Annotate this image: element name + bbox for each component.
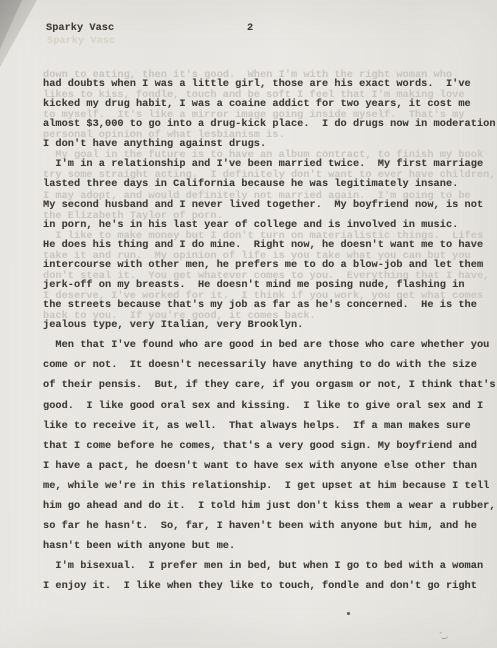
text-line: He does his thing and I do mine. Right n… [43,235,497,255]
text-line: had doubts when I was a little girl, tho… [43,74,497,94]
text-line: him go ahead and do it. I told him just … [43,496,497,516]
text-line: almost $3,000 to go into a drug-kick pla… [43,114,497,134]
ink-dot [347,612,350,615]
text-line: intercourse with other men, he prefers m… [43,255,497,275]
text-line: come or not. It doesn't necessarily have… [43,355,497,375]
text-line: good. I like good oral sex and kissing. … [43,396,497,416]
text-line: jealous type, very Italian, very Brookly… [43,315,497,335]
text-line: the streets because that's my job as far… [43,295,497,315]
text-line: me, while we're in this relationship. I … [43,476,497,496]
text-line: I have a pact, he doesn't want to have s… [43,456,497,476]
text-line: I'm bisexual. I prefer men in bed, but w… [43,556,497,576]
text-line: so far he hasn't. So, far, I haven't bee… [43,516,497,536]
text-line: of their pensis. But, if they care, if y… [43,375,497,395]
header-author: Sparky Vasc [46,22,114,34]
text-line: like to receive it, as well. That always… [43,416,497,436]
text-line: I enjoy it. I like when they like to tou… [43,576,497,596]
text-line: lasted three days in California because … [43,174,497,194]
text-line: that I come before he comes, that's a ve… [43,436,497,456]
pen-mark [441,633,449,640]
text-line: jerk-off on my breasts. He doesn't mind … [43,275,497,295]
text-line: kicked my drug habit, I was a coaine add… [43,94,497,114]
text-line: hasn't been with anyone but me. [43,536,497,556]
body-text: had doubts when I was a little girl, tho… [43,74,497,596]
text-line: Men that I've found who are good in bed … [43,335,497,355]
text-line: My second husband and I never lived toge… [43,195,497,215]
text-line: I don't have anything against drugs. [43,134,497,154]
ghost-header-bleedthrough: Sparky Vasc [47,35,115,47]
text-line: in porn, he's in his last year of colleg… [43,215,497,235]
page-number: 2 [247,22,253,34]
document-page: Sparky Vasc down to eating, then it's go… [0,0,497,648]
text-line: I'm in a relationship and I've been marr… [43,154,497,174]
